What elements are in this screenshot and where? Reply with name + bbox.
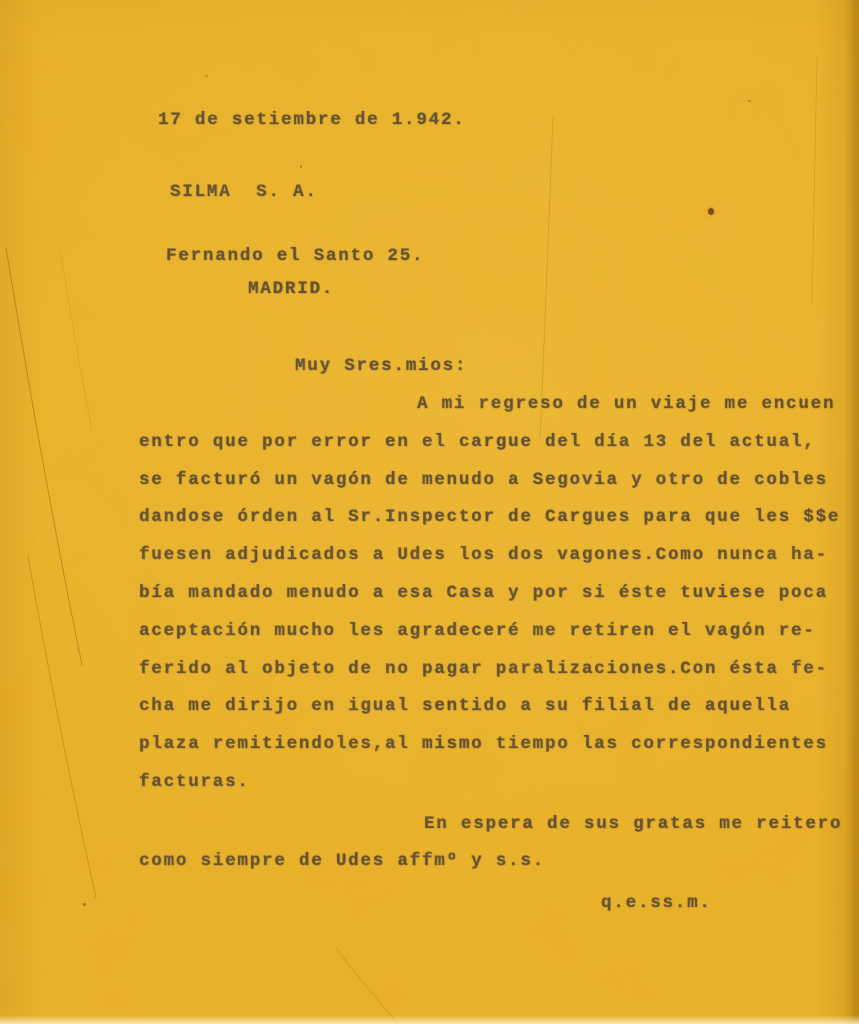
ink-speck [708,208,714,215]
ink-speck [205,75,208,77]
body-line: aceptación mucho les agradeceré me retir… [139,619,854,657]
body-line: fuesen adjudicados a Udes los dos vagone… [139,543,854,581]
ink-speck [748,100,751,102]
body-line: facturas. [139,770,854,808]
body-line: entro que por error en el cargue del día… [139,430,854,468]
body-line: ferido al objeto de no pagar paralizacio… [139,657,854,695]
closing-line-1: En espera de sus gratas me reitero [424,814,842,834]
body-line: se facturó un vagón de menudo a Segovia … [139,468,854,506]
paper-edge-light [0,1015,859,1024]
recipient-address: Fernando el Santo 25. [166,246,424,266]
salutation: Muy Sres.mios: [295,356,467,376]
ink-speck [83,903,86,906]
body-line: plaza remitiendoles,al mismo tiempo las … [139,732,854,770]
paper-edge-shadow [845,0,859,1024]
body-line: bía mandado menudo a esa Casa y por si é… [139,581,854,619]
recipient-city: MADRID. [248,279,334,299]
signoff: q.e.ss.m. [601,893,712,913]
body-line: cha me dirijo en igual sentido a su fili… [139,694,854,732]
recipient-company: SILMA S. A. [170,182,318,202]
body-line: dandose órden al Sr.Inspector de Cargues… [139,505,854,543]
letter-page: 17 de setiembre de 1.942. SILMA S. A. Fe… [0,0,859,1024]
letter-date: 17 de setiembre de 1.942. [158,110,466,130]
closing-line-2: como siempre de Udes affmº y s.s. [139,851,545,871]
ink-speck [300,165,302,168]
letter-body: A mi regreso de un viaje me encuenentro … [139,392,854,808]
body-line: A mi regreso de un viaje me encuen [139,392,854,430]
